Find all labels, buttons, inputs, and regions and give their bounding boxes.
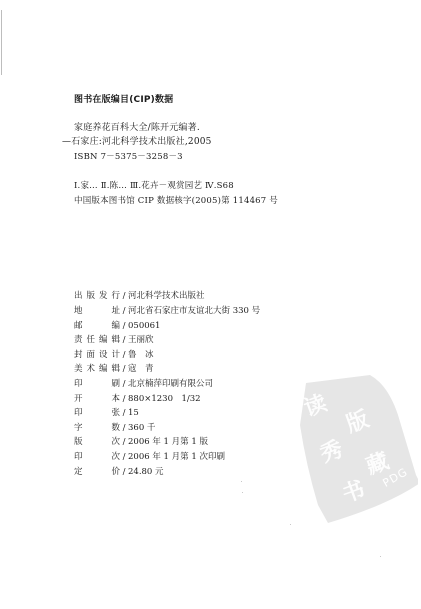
scan-edge-mark	[1, 10, 2, 75]
info-separator: /	[120, 436, 128, 448]
scan-speck	[242, 492, 243, 493]
info-row-sheets: 印 张 / 15	[74, 407, 139, 419]
info-separator: /	[120, 378, 128, 390]
cip-title: 图书在版编目(CIP)数据	[74, 95, 173, 106]
info-separator: /	[120, 290, 128, 302]
info-label: 邮 编	[74, 320, 120, 332]
seal-shape-icon	[298, 375, 418, 525]
info-value: 880×1230 1/32	[128, 393, 201, 405]
scan-speck	[241, 481, 242, 482]
seal-char: 秀	[315, 432, 346, 469]
seal-char: 书	[337, 472, 368, 509]
info-value: 2006 年 1 月第 1 次印刷	[128, 451, 225, 463]
info-value: 15	[128, 407, 139, 419]
seal-char: 藏	[361, 444, 392, 481]
info-row-address: 地 址 / 河北省石家庄市友谊北大街 330 号	[74, 305, 260, 317]
info-separator: /	[120, 363, 128, 375]
info-value: 鲁 冰	[128, 349, 154, 361]
copyright-page: 图书在版编目(CIP)数据 家庭养花百科大全/陈开元编著. —石家庄:河北科学技…	[0, 0, 421, 609]
info-value: 24.80 元	[128, 466, 164, 478]
info-label: 版 次	[74, 436, 120, 448]
info-separator: /	[120, 407, 128, 419]
info-label: 封面设计	[74, 349, 120, 361]
info-value: 河北省石家庄市友谊北大街 330 号	[128, 305, 260, 317]
info-label: 美术编辑	[74, 363, 120, 375]
scan-speck	[290, 524, 291, 525]
info-value: 360 千	[128, 422, 155, 434]
info-label: 开 本	[74, 393, 120, 405]
cip-isbn-line: ISBN 7－5375－3258－3	[74, 152, 183, 163]
info-label: 印 张	[74, 407, 120, 419]
info-row-edition: 版 次 / 2006 年 1 月第 1 版	[74, 436, 208, 448]
info-label: 责任编辑	[74, 334, 120, 346]
info-value: 王丽欣	[128, 334, 154, 346]
watermark-seal: 读 秀 版 藏 书 PDG	[298, 375, 418, 525]
info-separator: /	[120, 466, 128, 478]
info-row-editor: 责任编辑 / 王丽欣	[74, 334, 154, 346]
info-separator: /	[120, 349, 128, 361]
seal-char: 读	[299, 386, 330, 423]
info-separator: /	[120, 451, 128, 463]
info-row-printer: 印 刷 / 北京楠萍印刷有限公司	[74, 378, 213, 390]
info-value: 河北科学技术出版社	[128, 290, 205, 302]
info-row-art-editor: 美术编辑 / 寇 青	[74, 363, 154, 375]
info-label: 地 址	[74, 305, 120, 317]
info-label: 字 数	[74, 422, 120, 434]
info-value: 北京楠萍印刷有限公司	[128, 378, 213, 390]
info-row-price: 定 价 / 24.80 元	[74, 466, 164, 478]
info-separator: /	[120, 334, 128, 346]
info-row-word-count: 字 数 / 360 千	[74, 422, 155, 434]
info-row-printing: 印 次 / 2006 年 1 月第 1 次印刷	[74, 451, 225, 463]
cip-record-number-line: 中国版本图书馆 CIP 数据核字(2005)第 114467 号	[74, 196, 278, 207]
info-label: 印 次	[74, 451, 120, 463]
info-label: 印 刷	[74, 378, 120, 390]
info-separator: /	[120, 320, 128, 332]
info-label: 定 价	[74, 466, 120, 478]
cip-book-title-line: 家庭养花百科大全/陈开元编著.	[74, 123, 200, 134]
info-row-format: 开 本 / 880×1230 1/32	[74, 393, 201, 405]
info-row-publisher: 出版发行 / 河北科学技术出版社	[74, 290, 205, 302]
scan-speck	[380, 556, 381, 557]
info-value: 050061	[128, 320, 160, 332]
info-value: 寇 青	[128, 363, 154, 375]
info-separator: /	[120, 393, 128, 405]
info-separator: /	[120, 305, 128, 317]
seal-char: 版	[341, 402, 372, 439]
info-row-postcode: 邮 编 / 050061	[74, 320, 160, 332]
info-label: 出版发行	[74, 290, 120, 302]
info-value: 2006 年 1 月第 1 版	[128, 436, 208, 448]
info-row-cover-design: 封面设计 / 鲁 冰	[74, 349, 154, 361]
cip-classification-line: Ⅰ.家… Ⅱ.陈… Ⅲ.花卉－观赏园艺 Ⅳ.S68	[74, 181, 234, 192]
seal-pdg-label: PDG	[381, 465, 411, 490]
info-separator: /	[120, 422, 128, 434]
cip-publisher-line: —石家庄:河北科学技术出版社,2005	[62, 137, 212, 148]
